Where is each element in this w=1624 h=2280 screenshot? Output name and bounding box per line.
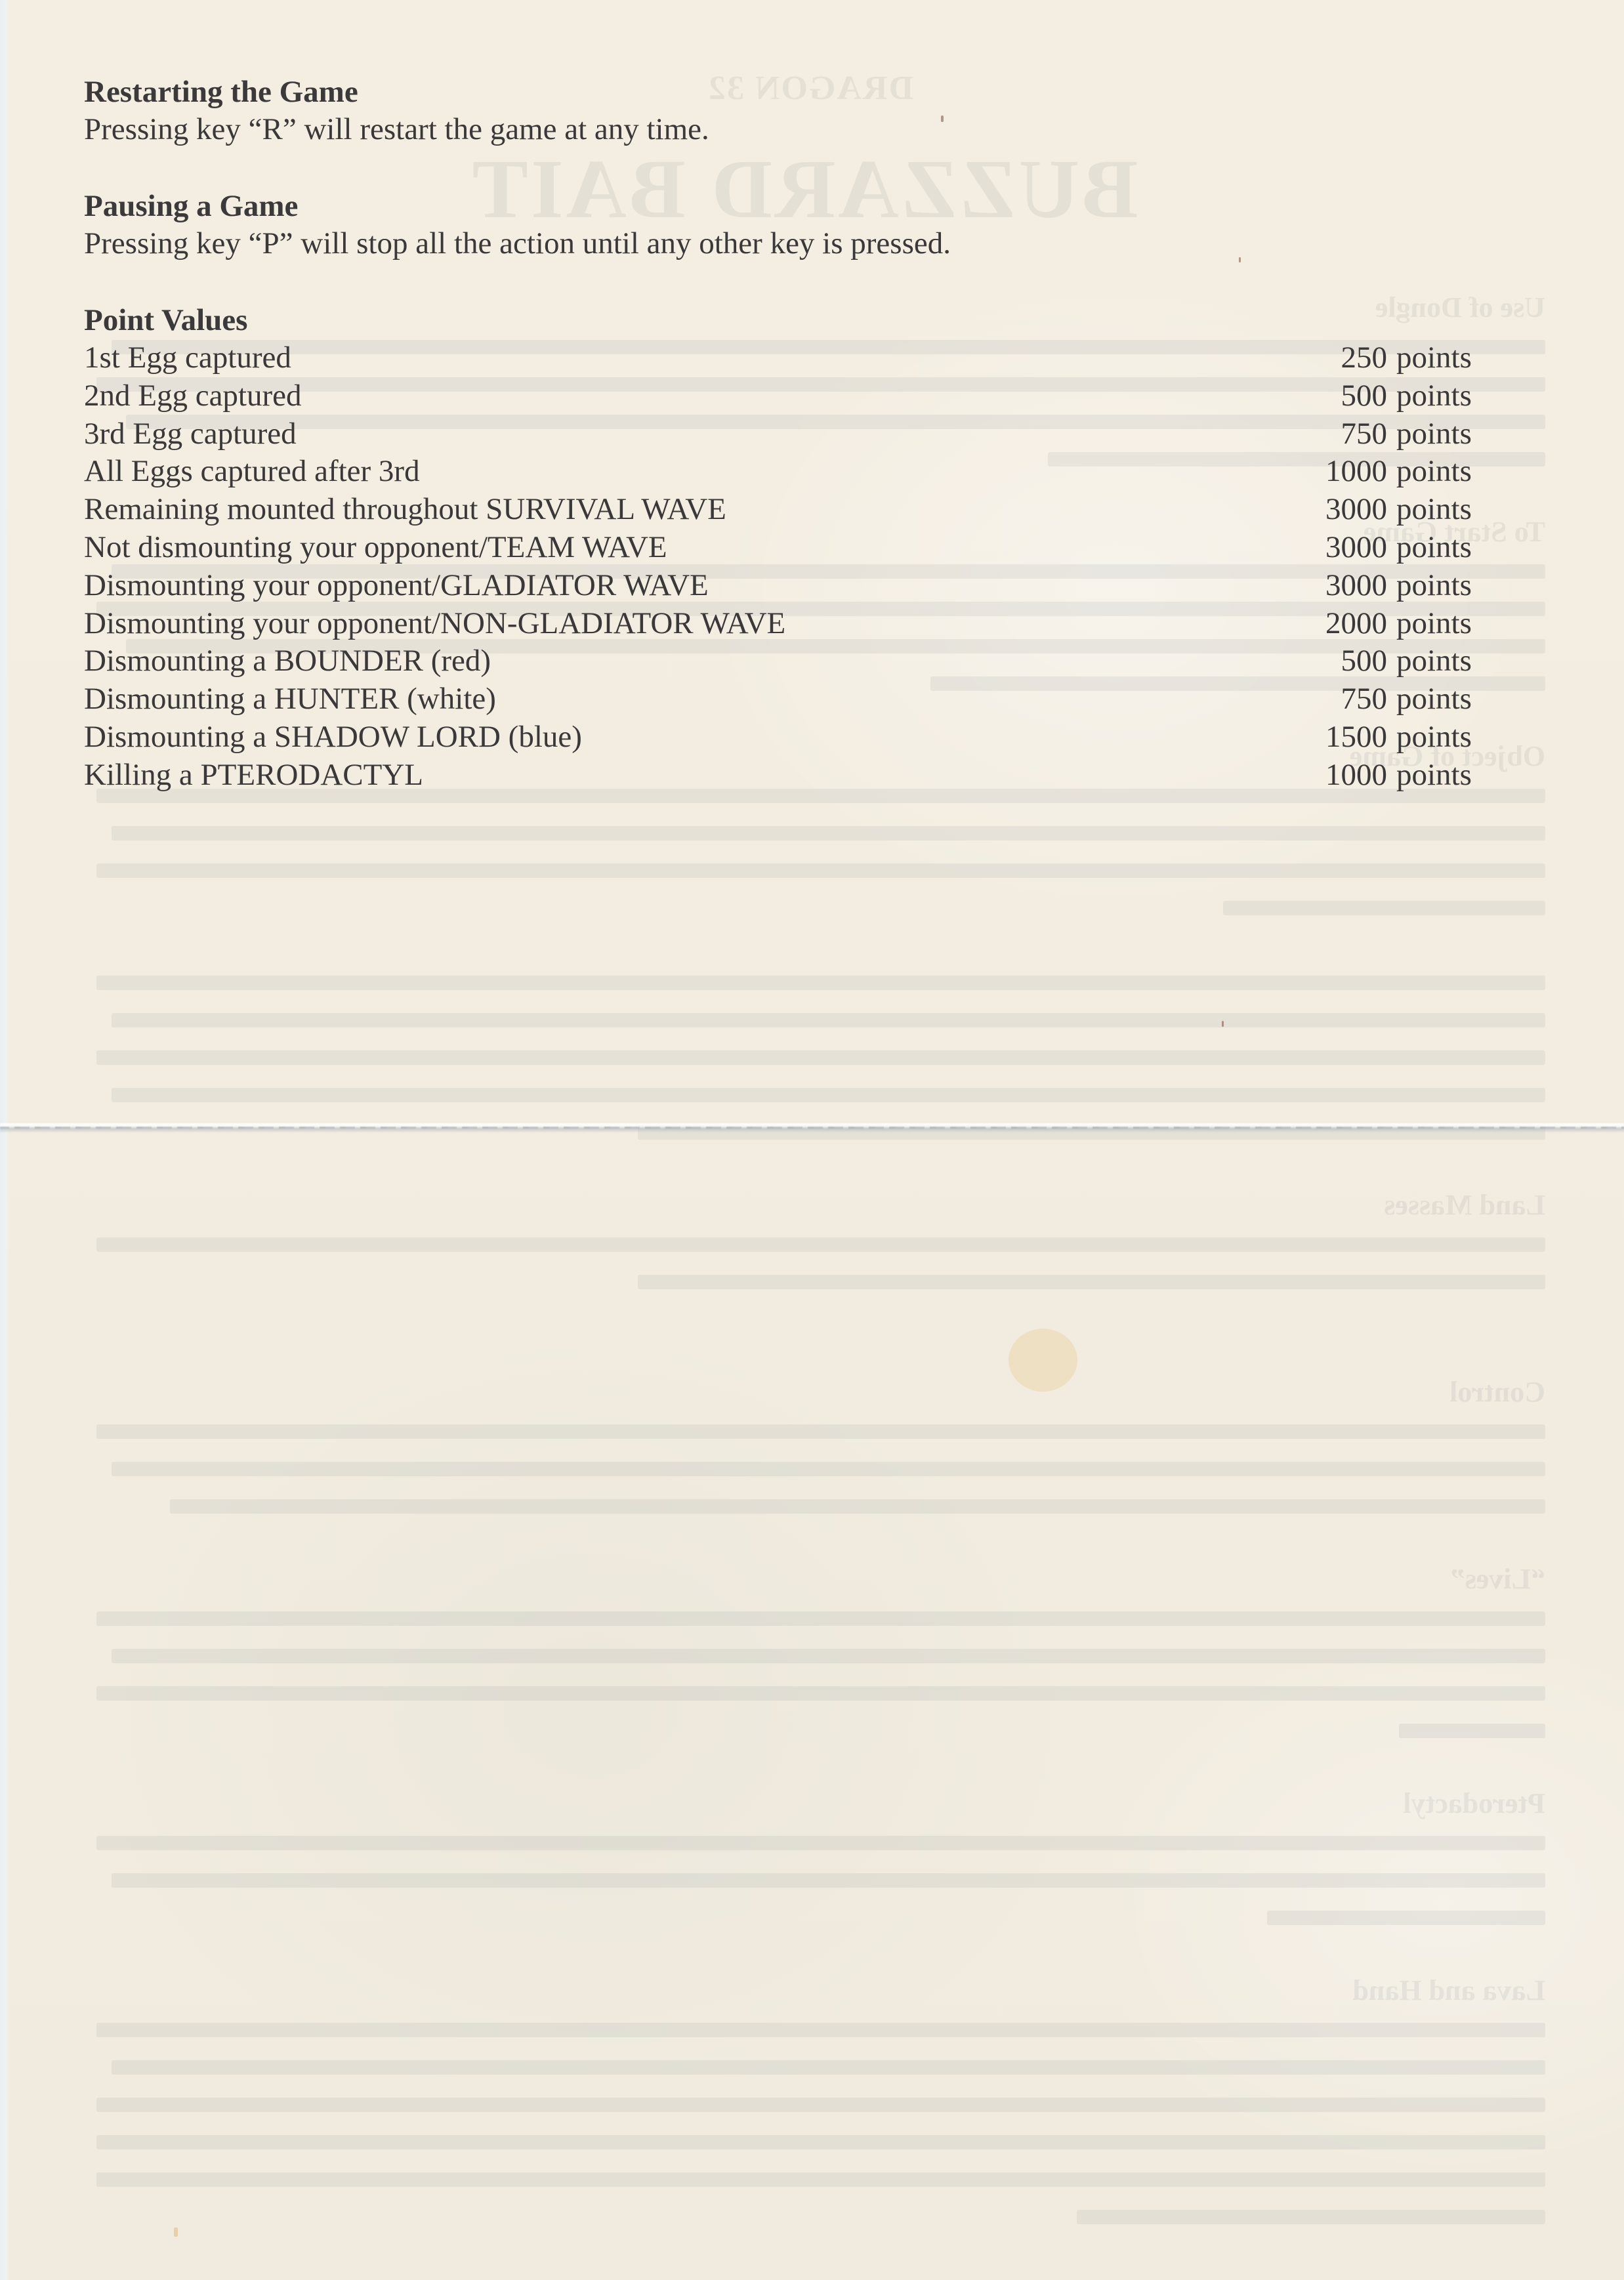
point-action: Dismounting your opponent/GLADIATOR WAVE [84, 567, 1217, 605]
table-row: All Eggs captured after 3rd 1000 points [84, 453, 1534, 491]
point-action: Dismounting a BOUNDER (red) [84, 642, 1217, 680]
section-point-values: Point Values 1st Egg captured 250 points… [84, 302, 1534, 795]
point-action: 3rd Egg captured [84, 415, 1217, 453]
point-unit: points [1396, 718, 1534, 757]
table-row: Dismounting a SHADOW LORD (blue) 1500 po… [84, 718, 1534, 757]
point-value: 3000 [1217, 529, 1396, 567]
point-value: 3000 [1217, 491, 1396, 529]
paper-speck [1222, 1021, 1224, 1027]
point-action: Not dismounting your opponent/TEAM WAVE [84, 529, 1217, 567]
paper-crease [0, 1123, 1624, 1132]
point-unit: points [1396, 605, 1534, 643]
point-unit: points [1396, 567, 1534, 605]
point-action: 2nd Egg captured [84, 377, 1217, 415]
point-unit: points [1396, 529, 1534, 567]
table-row: Remaining mounted throughout SURVIVAL WA… [84, 491, 1534, 529]
point-action: All Eggs captured after 3rd [84, 453, 1217, 491]
point-unit: points [1396, 757, 1534, 795]
point-value: 1000 [1217, 757, 1396, 795]
point-value: 2000 [1217, 605, 1396, 643]
paper-speck [174, 2228, 178, 2237]
table-row: Dismounting a HUNTER (white) 750 points [84, 680, 1534, 718]
table-row: Dismounting your opponent/NON-GLADIATOR … [84, 605, 1534, 643]
point-unit: points [1396, 453, 1534, 491]
point-action: 1st Egg captured [84, 339, 1217, 377]
point-value: 1500 [1217, 718, 1396, 757]
paper-stain [1009, 1329, 1077, 1392]
table-row: Killing a PTERODACTYL 1000 points [84, 757, 1534, 795]
point-value: 500 [1217, 377, 1396, 415]
point-value: 250 [1217, 339, 1396, 377]
table-row: Dismounting a BOUNDER (red) 500 points [84, 642, 1534, 680]
section-heading: Pausing a Game [84, 188, 1534, 225]
point-unit: points [1396, 339, 1534, 377]
point-action: Killing a PTERODACTYL [84, 757, 1217, 795]
section-text: Pressing key “R” will restart the game a… [84, 111, 1534, 148]
section-heading: Restarting the Game [84, 73, 1534, 111]
point-value: 3000 [1217, 567, 1396, 605]
table-row: 2nd Egg captured 500 points [84, 377, 1534, 415]
table-row: Dismounting your opponent/GLADIATOR WAVE… [84, 567, 1534, 605]
point-value: 500 [1217, 642, 1396, 680]
point-unit: points [1396, 377, 1534, 415]
point-unit: points [1396, 415, 1534, 453]
point-values-table: 1st Egg captured 250 points 2nd Egg capt… [84, 339, 1534, 795]
point-action: Dismounting a HUNTER (white) [84, 680, 1217, 718]
point-action: Remaining mounted throughout SURVIVAL WA… [84, 491, 1217, 529]
scan-left-edge [0, 0, 9, 2280]
table-row: Not dismounting your opponent/TEAM WAVE … [84, 529, 1534, 567]
section-text: Pressing key “P” will stop all the actio… [84, 225, 1534, 262]
point-value: 750 [1217, 415, 1396, 453]
point-value: 750 [1217, 680, 1396, 718]
section-pausing: Pausing a Game Pressing key “P” will sto… [84, 188, 1534, 262]
table-row: 1st Egg captured 250 points [84, 339, 1534, 377]
table-row: 3rd Egg captured 750 points [84, 415, 1534, 453]
section-heading: Point Values [84, 302, 1534, 339]
point-unit: points [1396, 680, 1534, 718]
section-restarting: Restarting the Game Pressing key “R” wil… [84, 73, 1534, 148]
point-action: Dismounting a SHADOW LORD (blue) [84, 718, 1217, 757]
document-page: Restarting the Game Pressing key “R” wil… [84, 73, 1534, 834]
point-value: 1000 [1217, 453, 1396, 491]
point-action: Dismounting your opponent/NON-GLADIATOR … [84, 605, 1217, 643]
point-unit: points [1396, 642, 1534, 680]
point-unit: points [1396, 491, 1534, 529]
